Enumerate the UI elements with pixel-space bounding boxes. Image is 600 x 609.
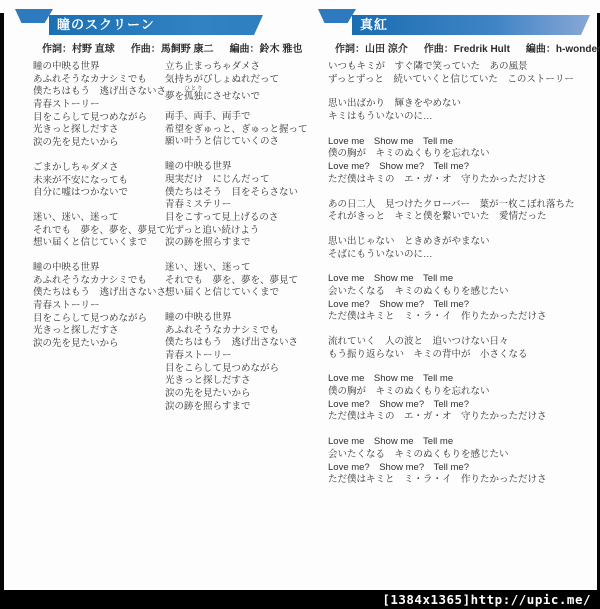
verse: 瞳の中映る世界あふれそうなカナシミでも僕たちはもう 逃げ出さないさ青春ストーリー… bbox=[33, 61, 165, 150]
lyric-line: あふれそうなカナシミでも bbox=[33, 275, 165, 288]
lyric-line: Love me? Show me? Tell me? bbox=[328, 161, 594, 174]
song1-lyrics-column-2: 立ち止まっちゃダメさ気持ちがびしょぬれだって夢を孤独ひとりにさせないで両手、両手… bbox=[165, 61, 325, 426]
lyric-line: あふれそうなカナシミでも bbox=[165, 325, 325, 338]
verse: 迷い、迷い、迷ってそれでも 夢を、夢を、夢見て想い届くと信じていくまで bbox=[33, 212, 165, 250]
lyric-line: Love me? Show me? Tell me? bbox=[328, 462, 594, 475]
credit-item: 作詞：山田 涼介 bbox=[335, 40, 408, 55]
lyric-line: 自分に嘘はつかないで bbox=[33, 187, 165, 200]
lyric-line: それでも 夢を、夢を、夢見て bbox=[33, 225, 165, 238]
lyric-line: Love me Show me Tell me bbox=[328, 273, 594, 286]
lyric-line: 僕の胸が キミのぬくもりを忘れない bbox=[328, 148, 594, 161]
lyric-line: Love me Show me Tell me bbox=[328, 373, 594, 386]
lyric-line: 願い叶うと信じていくのさ bbox=[165, 136, 325, 149]
lyric-line: 夢を孤独ひとりにさせないで bbox=[165, 86, 325, 99]
credit-item: 編曲：鈴木 雅也 bbox=[230, 40, 303, 55]
lyric-line: ただ僕はキミと ミ・ラ・イ 作りたかっただけさ bbox=[328, 474, 594, 487]
lyric-line: もう振り返らない キミの背中が 小さくなる bbox=[328, 349, 594, 362]
lyric-line: 目をこらして見つめながら bbox=[33, 112, 165, 125]
verse: ごまかしちゃダメさ未来が不安になっても自分に嘘はつかないで bbox=[33, 162, 165, 200]
verse: 瞳の中映る世界現実だけ にじんだって僕たちはそう 目をそらさない青春ミステリー目… bbox=[165, 161, 325, 250]
lyric-line: 会いたくなる キミのぬくもりを感じたい bbox=[328, 286, 594, 299]
lyric-line: キミはもういないのに… bbox=[328, 111, 594, 124]
lyric-line: 想い届くと信じていくまで bbox=[165, 287, 325, 300]
lyric-line: それでも 夢を、夢を、夢見て bbox=[165, 275, 325, 288]
lyric-line: ただ僕はキミの エ・ガ・オ 守りたかっただけさ bbox=[328, 411, 594, 424]
verse: Love me Show me Tell me僕の胸が キミのぬくもりを忘れない… bbox=[328, 373, 594, 424]
credit-item: 作曲：馬飼野 康二 bbox=[131, 40, 214, 55]
verse: いつもキミが すぐ隣で笑っていた あの風景ずっとずっと 続いていくと信じていた … bbox=[328, 61, 594, 86]
lyric-line: 瞳の中映る世界 bbox=[33, 61, 165, 74]
lyric-line: 僕たちはもう 逃げ出さないさ bbox=[33, 86, 165, 99]
lyric-line: 迷い、迷い、迷って bbox=[33, 212, 165, 225]
song1-lyrics-column-1: 瞳の中映る世界あふれそうなカナシミでも僕たちはもう 逃げ出さないさ青春ストーリー… bbox=[33, 61, 165, 363]
lyric-line: あふれそうなカナシミでも bbox=[33, 74, 165, 87]
verse: 思い出ばかり 輝きをやめないキミはもういないのに… bbox=[328, 98, 594, 123]
lyric-line: 光きっと探しだすさ bbox=[33, 124, 165, 137]
lyric-line: Love me Show me Tell me bbox=[328, 136, 594, 149]
lyric-line: 僕の胸が キミのぬくもりを忘れない bbox=[328, 386, 594, 399]
verse: 思い出じゃない ときめきがやまないそばにもういないのに… bbox=[328, 236, 594, 261]
lyric-line: 青春ストーリー bbox=[33, 99, 165, 112]
verse: Love me Show me Tell me僕の胸が キミのぬくもりを忘れない… bbox=[328, 136, 594, 187]
lyric-line: 僕たちはそう 目をそらさない bbox=[165, 187, 325, 200]
song2-credits: 作詞：山田 涼介作曲：Fredrik Hult編曲：h-wonder bbox=[335, 40, 600, 55]
lyric-line: 光ずっと追い続けよう bbox=[165, 225, 325, 238]
song1-credits: 作詞：村野 直球作曲：馬飼野 康二編曲：鈴木 雅也 bbox=[42, 40, 302, 55]
verse: Love me Show me Tell me会いたくなる キミのぬくもりを感じ… bbox=[328, 273, 594, 324]
lyric-line: 目をこらして見つめながら bbox=[33, 313, 165, 326]
lyric-line: 涙の跡を照らすまで bbox=[165, 237, 325, 250]
watermark-bar: [1384x1365]http://upic.me/ bbox=[0, 590, 600, 609]
lyric-line: 思い出ばかり 輝きをやめない bbox=[328, 98, 594, 111]
lyric-line: あの日二人 見つけたクローバー 葉が一枚こぼれ落ちた bbox=[328, 199, 594, 212]
lyric-line: それがきっと キミと僕を繋いでいた 愛情だった bbox=[328, 211, 594, 224]
lyric-line: ただ僕はキミの エ・ガ・オ 守りたかっただけさ bbox=[328, 174, 594, 187]
lyric-line: 目をこすって見上げるのさ bbox=[165, 212, 325, 225]
lyric-line: 迷い、迷い、迷って bbox=[165, 262, 325, 275]
lyric-line: 光きっと探しだすさ bbox=[165, 375, 325, 388]
lyric-line: ずっとずっと 続いていくと信じていた このストーリー bbox=[328, 74, 594, 87]
lyric-line: そばにもういないのに… bbox=[328, 249, 594, 262]
watermark-text: [1384x1365]http://upic.me/ bbox=[382, 592, 591, 607]
lyric-line: 想い届くと信じていくまで bbox=[33, 237, 165, 250]
lyric-line: ただ僕はキミと ミ・ラ・イ 作りたかっただけさ bbox=[328, 311, 594, 324]
lyric-line: 目をこらして見つめながら bbox=[165, 363, 325, 376]
lyric-line: 僕たちはもう 逃げ出さないさ bbox=[33, 287, 165, 300]
verse: 流れていく 人の波と 追いつけない日々もう振り返らない キミの背中が 小さくなる bbox=[328, 336, 594, 361]
lyric-line: 涙の先を見たいから bbox=[165, 388, 325, 401]
lyric-line: 瞳の中映る世界 bbox=[33, 262, 165, 275]
scan-border-left bbox=[0, 13, 4, 609]
lyric-line: 瞳の中映る世界 bbox=[165, 161, 325, 174]
lyric-line: 青春ミステリー bbox=[165, 199, 325, 212]
verse: Love me Show me Tell me会いたくなる キミのぬくもりを感じ… bbox=[328, 436, 594, 487]
song2-title: 真紅 bbox=[360, 15, 388, 35]
lyric-line: 僕たちはもう 逃げ出さないさ bbox=[165, 337, 325, 350]
lyric-line: 涙の跡を照らすまで bbox=[165, 401, 325, 414]
credit-item: 編曲：h-wonder bbox=[526, 40, 600, 55]
title-accent-parallelogram bbox=[318, 9, 356, 23]
lyric-line: 立ち止まっちゃダメさ bbox=[165, 61, 325, 74]
lyric-line: Love me? Show me? Tell me? bbox=[328, 399, 594, 412]
song2-lyrics-column: いつもキミが すぐ隣で笑っていた あの風景ずっとずっと 続いていくと信じていた … bbox=[328, 61, 594, 499]
lyric-line: 瞳の中映る世界 bbox=[165, 312, 325, 325]
verse: 立ち止まっちゃダメさ気持ちがびしょぬれだって夢を孤独ひとりにさせないで bbox=[165, 61, 325, 99]
title-accent-parallelogram bbox=[15, 9, 53, 23]
lyric-line: ごまかしちゃダメさ bbox=[33, 162, 165, 175]
verse: 瞳の中映る世界あふれそうなカナシミでも僕たちはもう 逃げ出さないさ青春ストーリー… bbox=[165, 312, 325, 414]
lyric-line: 涙の先を見たいから bbox=[33, 338, 165, 351]
lyric-line: Love me Show me Tell me bbox=[328, 436, 594, 449]
lyric-line: 流れていく 人の波と 追いつけない日々 bbox=[328, 336, 594, 349]
lyric-line: いつもキミが すぐ隣で笑っていた あの風景 bbox=[328, 61, 594, 74]
lyric-line: 光きっと探しだすさ bbox=[33, 325, 165, 338]
lyric-line: 思い出じゃない ときめきがやまない bbox=[328, 236, 594, 249]
lyric-line: 涙の先を見たいから bbox=[33, 137, 165, 150]
lyric-line: 両手、両手、両手で bbox=[165, 111, 325, 124]
song1-title: 瞳のスクリーン bbox=[57, 15, 155, 35]
lyric-line: 現実だけ にじんだって bbox=[165, 174, 325, 187]
lyric-line: Love me? Show me? Tell me? bbox=[328, 299, 594, 312]
song1-title-bar: 瞳のスクリーン bbox=[49, 15, 263, 35]
verse: あの日二人 見つけたクローバー 葉が一枚こぼれ落ちたそれがきっと キミと僕を繋い… bbox=[328, 199, 594, 224]
lyric-line: 未来が不安になっても bbox=[33, 175, 165, 188]
lyric-line: 希望をぎゅっと、ぎゅっと握って bbox=[165, 124, 325, 137]
credit-item: 作詞：村野 直球 bbox=[42, 40, 115, 55]
verse: 両手、両手、両手で希望をぎゅっと、ぎゅっと握って願い叶うと信じていくのさ bbox=[165, 111, 325, 149]
lyric-line: 青春ストーリー bbox=[165, 350, 325, 363]
lyric-line: 青春ストーリー bbox=[33, 300, 165, 313]
song2-title-bar: 真紅 bbox=[352, 15, 590, 35]
credit-item: 作曲：Fredrik Hult bbox=[424, 40, 510, 55]
verse: 瞳の中映る世界あふれそうなカナシミでも僕たちはもう 逃げ出さないさ青春ストーリー… bbox=[33, 262, 165, 351]
verse: 迷い、迷い、迷ってそれでも 夢を、夢を、夢見て想い届くと信じていくまで bbox=[165, 262, 325, 300]
lyric-line: 会いたくなる キミのぬくもりを感じたい bbox=[328, 449, 594, 462]
lyric-line: 気持ちがびしょぬれだって bbox=[165, 74, 325, 87]
